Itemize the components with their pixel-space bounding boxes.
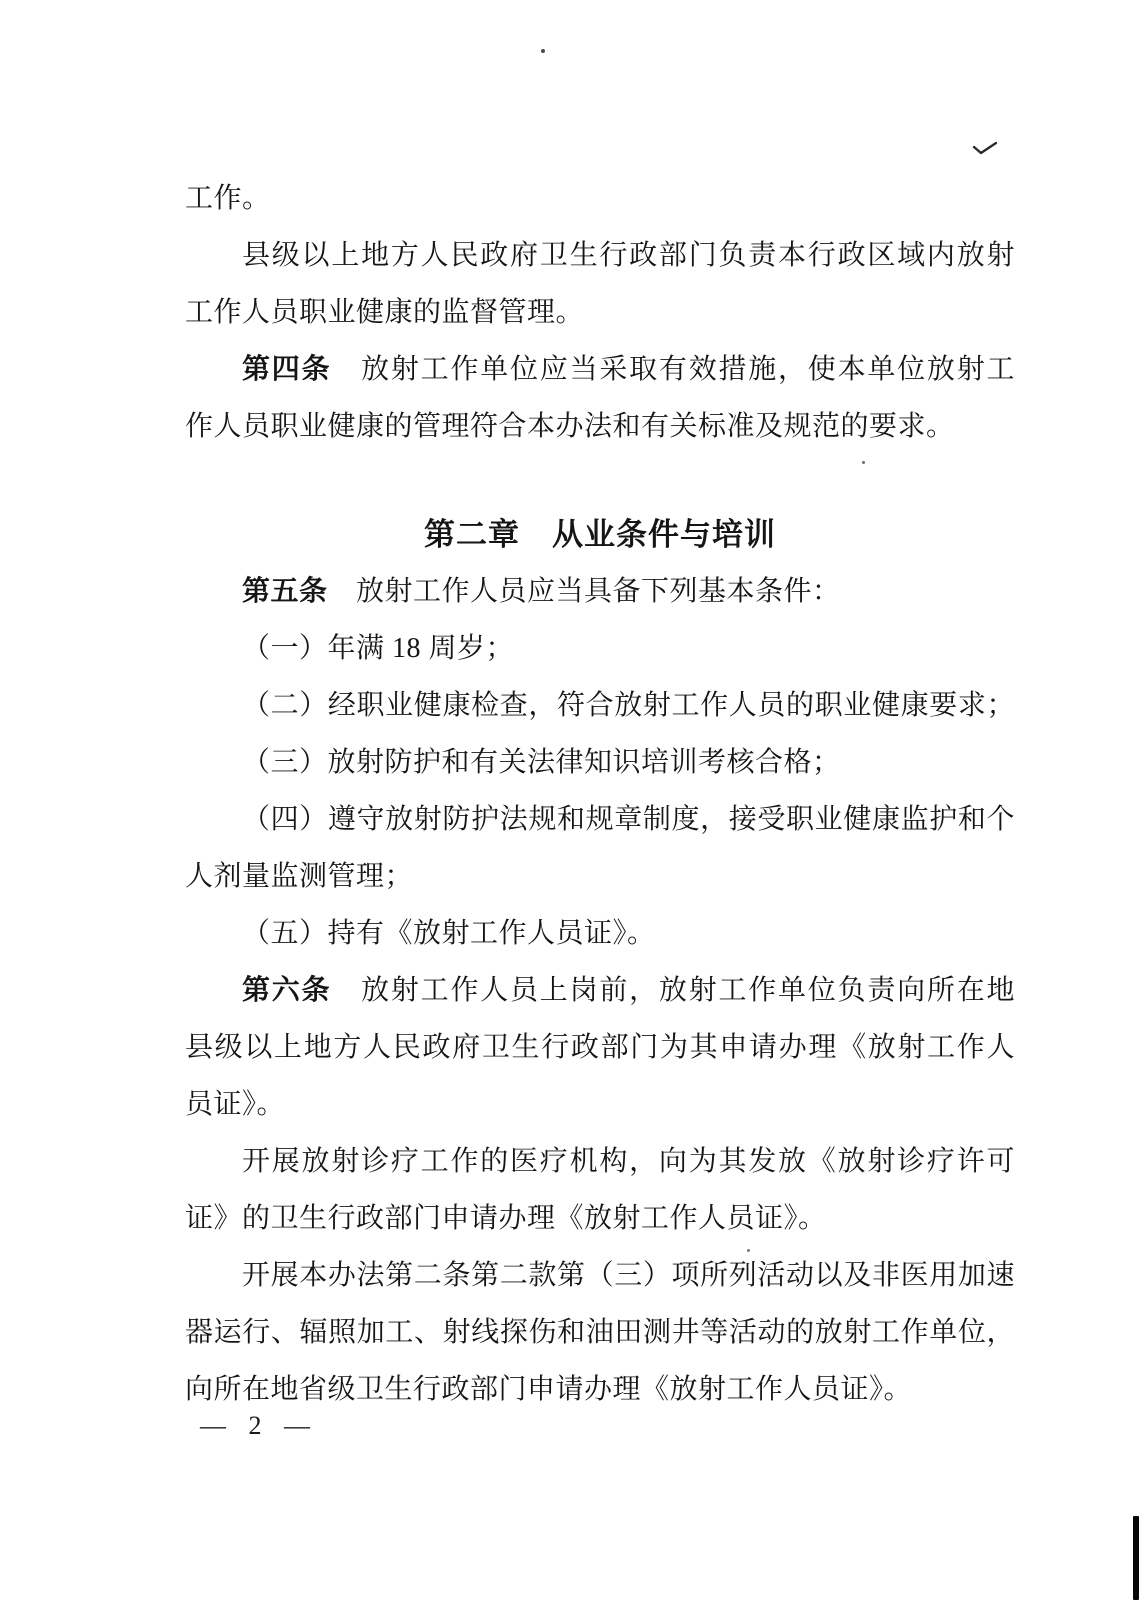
text-line: 县级以上地方人民政府卫生行政部门负责本行政区域内放射 — [185, 227, 1015, 284]
text-segment: 工作。 — [185, 183, 271, 214]
text-line: 员证》。 — [185, 1076, 1015, 1133]
text-line: 开展放射诊疗工作的医疗机构，向为其发放《放射诊疗许可 — [185, 1133, 1015, 1190]
text-line: 作人员职业健康的管理符合本办法和有关标准及规范的要求。 — [185, 398, 1015, 455]
text-segment: 开展本办法第二条第二款第（三）项所列活动以及非医用加速 — [242, 1260, 1015, 1291]
text-line: （三）放射防护和有关法律知识培训考核合格； — [185, 734, 1015, 791]
text-line: 人剂量监测管理； — [185, 848, 1015, 905]
text-segment: 县级以上地方人民政府卫生行政部门为其申请办理《放射工作人 — [185, 1032, 1015, 1063]
text-segment: 县级以上地方人民政府卫生行政部门负责本行政区域内放射 — [242, 240, 1015, 271]
article-number: 第四条 — [242, 354, 331, 385]
chapter-heading: 第二章 从业条件与培训 — [185, 506, 1015, 563]
text-segment: 放射工作人员应当具备下列基本条件： — [328, 576, 841, 607]
text-segment: 作人员职业健康的管理符合本办法和有关标准及规范的要求。 — [185, 411, 955, 442]
text-line: 第六条 放射工作人员上岗前，放射工作单位负责向所在地 — [185, 962, 1015, 1019]
text-segment: 员证》。 — [185, 1089, 285, 1120]
scan-speck — [862, 461, 865, 464]
text-segment: （一）年满 18 周岁； — [242, 633, 514, 664]
text-line: 工作人员职业健康的监督管理。 — [185, 284, 1015, 341]
article-number: 第六条 — [242, 975, 331, 1006]
page-number: — 2 — — [200, 1406, 311, 1446]
text-line: 县级以上地方人民政府卫生行政部门为其申请办理《放射工作人 — [185, 1019, 1015, 1076]
text-segment: 人剂量监测管理； — [185, 861, 413, 892]
scanned-document-page: 工作。县级以上地方人民政府卫生行政部门负责本行政区域内放射工作人员职业健康的监督… — [0, 0, 1144, 1600]
text-segment: 证》的卫生行政部门申请办理《放射工作人员证》。 — [185, 1203, 827, 1234]
text-segment: 开展放射诊疗工作的医疗机构，向为其发放《放射诊疗许可 — [242, 1146, 1015, 1177]
text-block: 工作。县级以上地方人民政府卫生行政部门负责本行政区域内放射工作人员职业健康的监督… — [185, 170, 1015, 1418]
text-line: 工作。 — [185, 170, 1015, 227]
text-segment: 工作人员职业健康的监督管理。 — [185, 297, 584, 328]
pen-tick-mark-icon — [972, 140, 998, 158]
text-segment: （二）经职业健康检查，符合放射工作人员的职业健康要求； — [242, 690, 1015, 721]
text-line: （二）经职业健康检查，符合放射工作人员的职业健康要求； — [185, 677, 1015, 734]
text-line: （五）持有《放射工作人员证》。 — [185, 905, 1015, 962]
text-line: （四）遵守放射防护法规和规章制度，接受职业健康监护和个 — [185, 791, 1015, 848]
article-number: 第五条 — [242, 576, 328, 607]
text-line: 第五条 放射工作人员应当具备下列基本条件： — [185, 563, 1015, 620]
text-segment: （四）遵守放射防护法规和规章制度，接受职业健康监护和个 — [242, 804, 1015, 835]
text-line: 证》的卫生行政部门申请办理《放射工作人员证》。 — [185, 1190, 1015, 1247]
text-line: （一）年满 18 周岁； — [185, 620, 1015, 677]
scan-edge-line — [1133, 1516, 1139, 1600]
text-segment: （五）持有《放射工作人员证》。 — [242, 918, 656, 949]
text-segment: 放射工作人员上岗前，放射工作单位负责向所在地 — [331, 975, 1015, 1006]
text-segment: 放射工作单位应当采取有效措施，使本单位放射工 — [331, 354, 1015, 385]
text-segment: 器运行、辐照加工、射线探伤和油田测井等活动的放射工作单位， — [185, 1317, 1015, 1348]
text-line: 器运行、辐照加工、射线探伤和油田测井等活动的放射工作单位， — [185, 1304, 1015, 1361]
article-number: 第二章 从业条件与培训 — [424, 517, 776, 552]
text-line: 第四条 放射工作单位应当采取有效措施，使本单位放射工 — [185, 341, 1015, 398]
scan-speck — [541, 49, 545, 53]
text-segment: （三）放射防护和有关法律知识培训考核合格； — [242, 747, 841, 778]
text-segment: 向所在地省级卫生行政部门申请办理《放射工作人员证》。 — [185, 1374, 912, 1405]
scan-speck — [747, 1249, 750, 1252]
text-line: 开展本办法第二条第二款第（三）项所列活动以及非医用加速 — [185, 1247, 1015, 1304]
